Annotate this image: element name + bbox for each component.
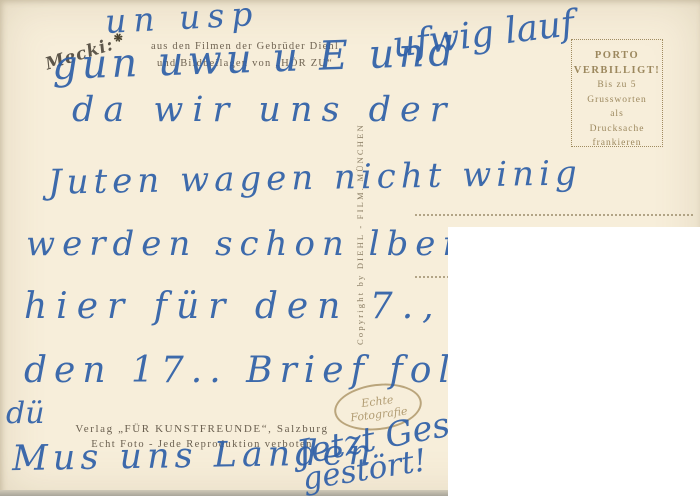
postcard-back: Mecki:❋ aus den Filmen der Gebrüder Dieh… <box>0 0 700 496</box>
handwriting-line: hier für den 7., u <box>24 286 495 327</box>
handwriting-line: Juten wagen nicht winig <box>48 153 582 202</box>
handwriting-line: den 17.. Brief folgt <box>24 350 508 391</box>
porto-line1: PORTO <box>572 49 662 64</box>
porto-line2: VERBILLIGT! <box>572 64 662 79</box>
handwriting-line: dü <box>6 396 45 431</box>
porto-line4: Grussworten <box>572 93 662 108</box>
porto-line5: als <box>572 107 662 122</box>
porto-line7: frankieren <box>572 136 662 151</box>
handwriting-line: ufwig lauf <box>390 3 576 66</box>
porto-verbilligt-box: PORTO VERBILLIGT! Bis zu 5 Grussworten a… <box>571 39 663 147</box>
white-privacy-mask <box>448 227 700 496</box>
address-dotted-line-1 <box>415 214 693 216</box>
porto-line3: Bis zu 5 <box>572 78 662 93</box>
handwriting-line: un usp <box>104 0 260 41</box>
handwriting-line: werden schon lben u <box>26 224 518 264</box>
handwriting-line: da wir uns der <box>72 90 455 130</box>
porto-line6: Drucksache <box>572 122 662 137</box>
